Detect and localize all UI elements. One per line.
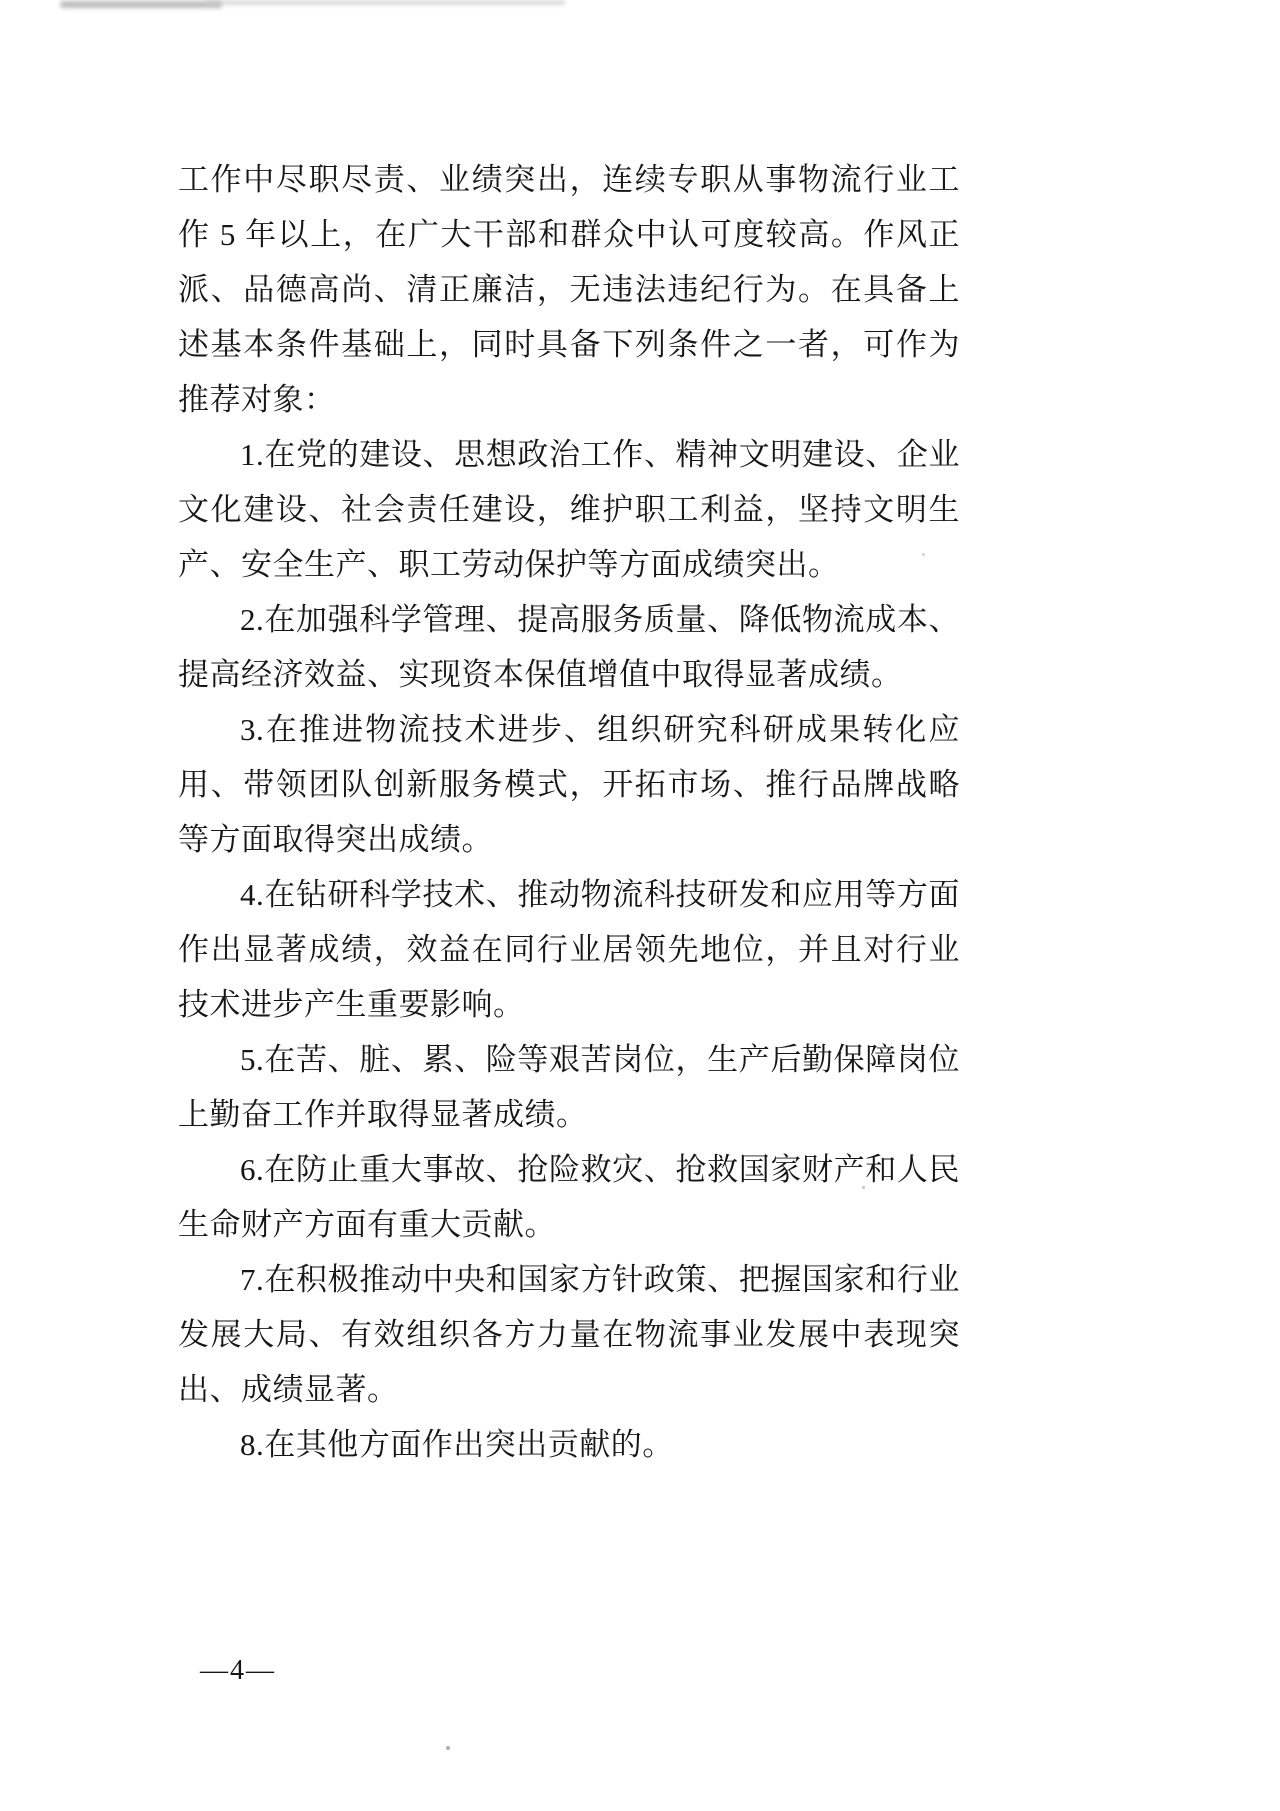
list-item-2: 2.在加强科学管理、提高服务质量、降低物流成本、提高经济效益、实现资本保值增值中… — [178, 592, 960, 702]
list-item-8: 8.在其他方面作出突出贡献的。 — [178, 1417, 960, 1472]
list-item-3: 3.在推进物流技术进步、组织研究科研成果转化应用、带领团队创新服务模式，开拓市场… — [178, 702, 960, 867]
scan-artifact-speck — [446, 1746, 450, 1750]
paragraph-continuation: 工作中尽职尽责、业绩突出，连续专职从事物流行业工作 5 年以上，在广大干部和群众… — [178, 152, 960, 427]
document-page: 工作中尽职尽责、业绩突出，连续专职从事物流行业工作 5 年以上，在广大干部和群众… — [0, 0, 1280, 1811]
page-number: —4— — [200, 1655, 276, 1687]
scan-artifact-streak — [205, 0, 565, 5]
list-item-5: 5.在苦、脏、累、险等艰苦岗位，生产后勤保障岗位上勤奋工作并取得显著成绩。 — [178, 1032, 960, 1142]
list-item-6: 6.在防止重大事故、抢险救灾、抢救国家财产和人民生命财产方面有重大贡献。 — [178, 1142, 960, 1252]
scan-artifact-streak — [60, 1, 222, 8]
list-item-7: 7.在积极推动中央和国家方针政策、把握国家和行业发展大局、有效组织各方力量在物流… — [178, 1252, 960, 1417]
list-item-1: 1.在党的建设、思想政治工作、精神文明建设、企业文化建设、社会责任建设，维护职工… — [178, 427, 960, 592]
list-item-4: 4.在钻研科学技术、推动物流科技研发和应用等方面作出显著成绩，效益在同行业居领先… — [178, 867, 960, 1032]
document-body: 工作中尽职尽责、业绩突出，连续专职从事物流行业工作 5 年以上，在广大干部和群众… — [178, 152, 960, 1472]
